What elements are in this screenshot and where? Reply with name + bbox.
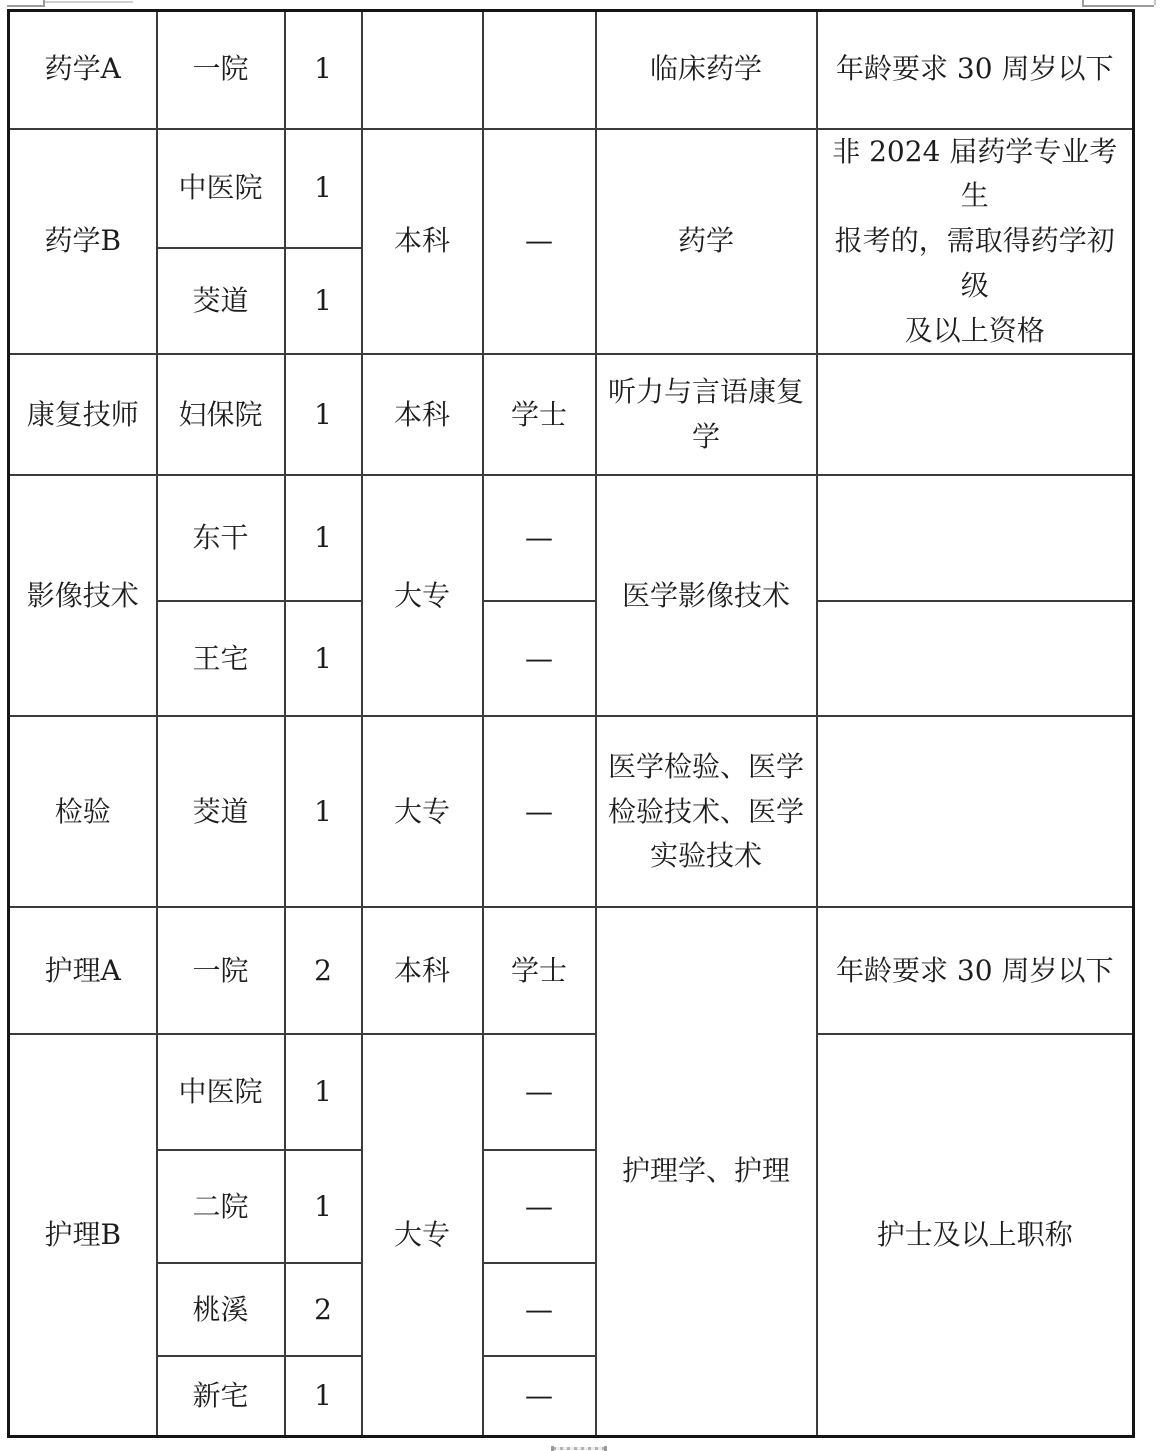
table-row: 康复技师 妇保院 1 本科 学士 听力与言语康复 学 [9,354,1134,475]
top-left-cut-cell-remnant [7,0,45,7]
cell-remark: 年龄要求 30 周岁以下 [817,907,1134,1034]
cell-remark: 护士及以上职称 [817,1034,1134,1436]
cell-degree: — [483,601,596,716]
cell-count: 1 [285,1356,362,1436]
table-row: 护理A 一院 2 本科 学士 护理学、护理 年龄要求 30 周岁以下 [9,907,1134,1034]
cell-education [362,11,483,129]
cell-position: 护理B [9,1034,157,1436]
cell-education: 本科 [362,129,483,355]
cell-count: 1 [285,129,362,249]
cell-unit: 茭道 [157,716,285,907]
cell-degree: 学士 [483,354,596,475]
cell-remark [817,716,1134,907]
cell-count: 1 [285,11,362,129]
cell-education: 本科 [362,907,483,1034]
cell-degree: — [483,129,596,355]
cell-remark [817,354,1134,475]
cell-position: 护理A [9,907,157,1034]
cell-unit: 中医院 [157,129,285,249]
table-row: 护理B 中医院 1 大专 — 护士及以上职称 [9,1034,1134,1150]
cell-count: 1 [285,475,362,601]
cell-count: 2 [285,907,362,1034]
cell-unit: 新宅 [157,1356,285,1436]
recruitment-table: 药学A 一院 1 临床药学 年龄要求 30 周岁以下 药学B 中医院 1 本科 … [7,9,1135,1438]
cell-unit: 一院 [157,907,285,1034]
cell-degree: — [483,1356,596,1436]
table-row: 影像技术 东干 1 大专 — 医学影像技术 [9,475,1134,601]
cell-degree: — [483,1150,596,1263]
cell-degree [483,11,596,129]
cell-remark: 非 2024 届药学专业考生 报考的，需取得药学初级 及以上资格 [817,129,1134,355]
cell-unit: 王宅 [157,601,285,716]
cell-position: 药学A [9,11,157,129]
cell-degree: — [483,475,596,601]
cell-count: 1 [285,716,362,907]
table-row: 检验 茭道 1 大专 — 医学检验、医学 检验技术、医学 实验技术 [9,716,1134,907]
table-row: 药学B 中医院 1 本科 — 药学 非 2024 届药学专业考生 报考的，需取得… [9,129,1134,249]
cell-education: 本科 [362,354,483,475]
cell-major: 护理学、护理 [596,907,817,1436]
cell-unit: 东干 [157,475,285,601]
cell-count: 2 [285,1263,362,1356]
cell-education: 大专 [362,1034,483,1436]
cell-unit: 二院 [157,1150,285,1263]
cell-count: 1 [285,354,362,475]
cell-degree: — [483,1263,596,1356]
top-right-cut-line-remnant [1154,0,1156,5]
cell-degree: — [483,1034,596,1150]
cell-unit: 茭道 [157,248,285,354]
cell-remark [817,601,1134,716]
cell-position: 影像技术 [9,475,157,716]
cell-major: 医学影像技术 [596,475,817,716]
cell-education: 大专 [362,475,483,716]
table-row: 药学A 一院 1 临床药学 年龄要求 30 周岁以下 [9,11,1134,129]
cell-unit: 一院 [157,11,285,129]
cell-major: 医学检验、医学 检验技术、医学 实验技术 [596,716,817,907]
table-row: 王宅 1 — [9,601,1134,716]
cell-position: 检验 [9,716,157,907]
cell-count: 1 [285,1150,362,1263]
cell-major: 药学 [596,129,817,355]
cell-count: 1 [285,601,362,716]
document-page: 药学A 一院 1 临床药学 年龄要求 30 周岁以下 药学B 中医院 1 本科 … [0,0,1160,1451]
cell-position: 康复技师 [9,354,157,475]
top-right-cut-cell-remnant [1082,0,1154,7]
cell-count: 1 [285,248,362,354]
cell-major: 临床药学 [596,11,817,129]
cell-degree: 学士 [483,907,596,1034]
cell-unit: 桃溪 [157,1263,285,1356]
cell-unit: 中医院 [157,1034,285,1150]
top-left-cut-line-remnant [45,1,133,3]
bottom-edge-cut-remnant [553,1447,605,1450]
cell-degree: — [483,716,596,907]
cell-unit: 妇保院 [157,354,285,475]
cell-major: 听力与言语康复 学 [596,354,817,475]
cell-position: 药学B [9,129,157,355]
cell-remark: 年龄要求 30 周岁以下 [817,11,1134,129]
cell-remark [817,475,1134,601]
cell-count: 1 [285,1034,362,1150]
cell-education: 大专 [362,716,483,907]
